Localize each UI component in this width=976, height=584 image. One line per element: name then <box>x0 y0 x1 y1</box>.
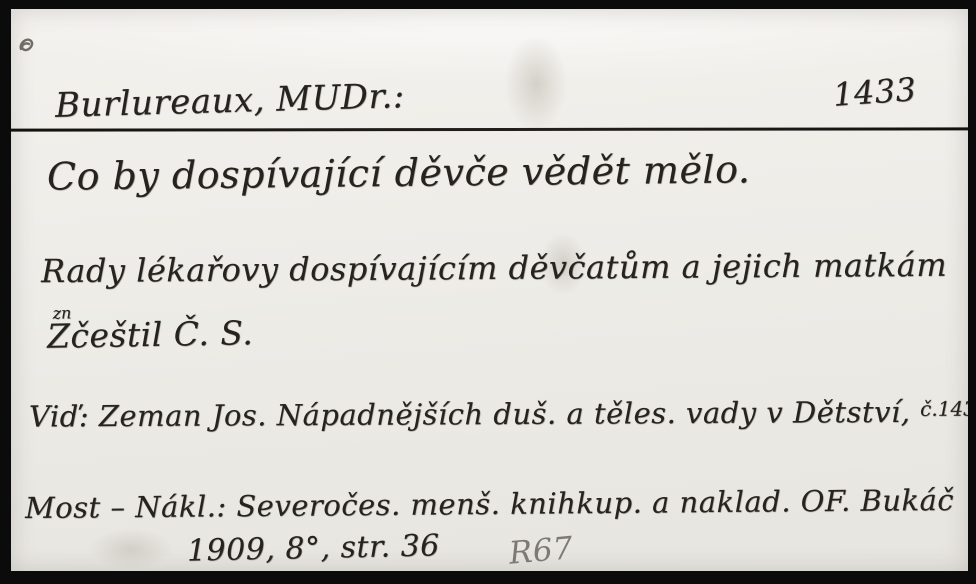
collation-line: 1909, 8°, str. 36 <box>187 528 441 568</box>
reference-number: č.1433 <box>920 396 968 420</box>
translator-superscript-note: zn <box>52 303 71 322</box>
subtitle-line: Rady lékařovy dospívajícím děvčatům a je… <box>41 246 947 290</box>
catalog-number: 1433 <box>832 70 918 114</box>
reference-text: Viď: Zeman Jos. Nápadnějších duš. a těle… <box>29 395 911 434</box>
pencil-squiggle-icon <box>15 33 45 63</box>
shelf-mark: R67 <box>508 530 575 571</box>
imprint-line: Most – Nákl.: Severočes. menš. knihkup. … <box>25 483 954 525</box>
scanned-catalog-card-page: { "colors": { "ink": "#26231e", "pencil"… <box>0 0 976 584</box>
translator-line: zn Zčeštil Č. S. <box>47 313 254 356</box>
translator-text: Zčeštil Č. S. <box>47 313 254 356</box>
reference-line: Viď: Zeman Jos. Nápadnějších duš. a těle… <box>29 394 968 433</box>
header-divider-line <box>11 127 968 131</box>
author-heading: Burlureaux, MUDr.: <box>55 76 406 126</box>
catalog-card: Burlureaux, MUDr.: 1433 Co by dospívajíc… <box>11 9 968 571</box>
title-line: Co by dospívající děvče vědět mělo. <box>47 147 751 198</box>
